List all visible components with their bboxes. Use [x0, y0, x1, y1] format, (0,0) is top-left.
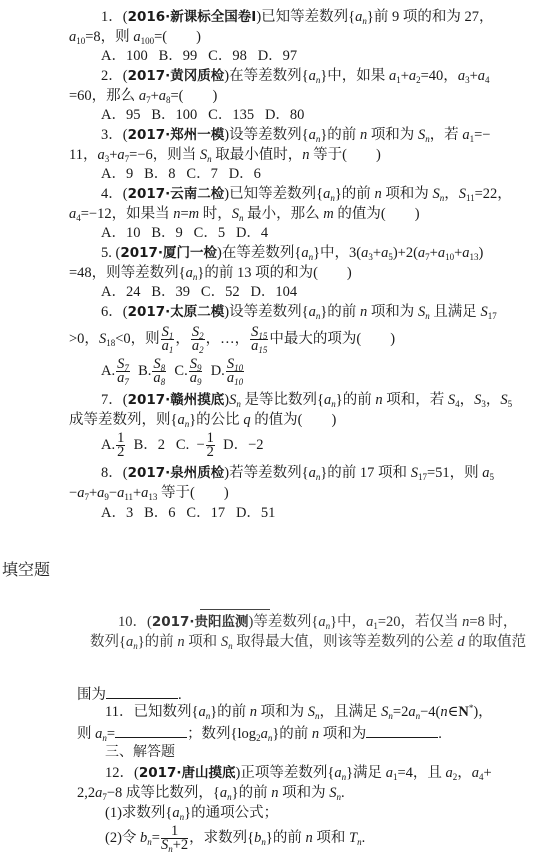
question-6-line-2: >0，S18<0，则S1a1，S2a2，…，S15a15中最大的项为( )	[69, 324, 395, 354]
question-3-options: A．9 B．8 C．7 D．6	[101, 165, 261, 183]
fraction: S2a2	[191, 326, 205, 353]
question-8-line-2: −a7+a9−a11+a13 等于( )	[69, 484, 229, 502]
question-3-line-2: 11，a3+a7=−6，则当 Sn 取最小值时，n 等于( )	[69, 146, 381, 164]
question-8-options: A．3 B．6 C．17 D．51	[101, 504, 275, 522]
question-11-line-1: 11．已知数列{an}的前 n 项和为 Sn，且满足 Sn=2an−4(n∈N*…	[105, 703, 493, 721]
question-4-options: A．10 B．9 C．5 D．4	[101, 224, 268, 242]
question-2-line-1: 2．(2017·黄冈质检)在等差数列{an}中，如果 a1+a2=40，a3+a…	[101, 67, 490, 85]
fraction: S1a1	[161, 326, 175, 353]
question-11-line-2: 则 an=；数列{log2an}的前 n 项和为.	[77, 723, 442, 743]
decorative-rule	[200, 609, 270, 610]
answer-blank[interactable]	[106, 684, 178, 699]
fraction: S15a15	[250, 326, 268, 353]
question-4-line-1: 4．(2017·云南二检)已知等差数列{an}的前 n 项和为 Sn，S11=2…	[101, 185, 512, 203]
question-6-options: A.S7a7 B.S8a8 C.S9a9 D.S10a10	[101, 356, 245, 386]
question-10-line-1: 10．(2017·贵阳监测)等差数列{an}中，a1=20，若仅当 n=8 时，	[118, 613, 517, 631]
question-5-options: A．24 B．39 C．52 D．104	[101, 283, 297, 301]
question-12-line-2: 2,2a7−8 成等比数列，{an}的前 n 项和为 Sn.	[77, 784, 345, 802]
question-8-line-1: 8．(2017·泉州质检)若等差数列{an}的前 17 项和 S17=51，则 …	[101, 464, 494, 482]
question-3-line-1: 3．(2017·郑州一模)设等差数列{an}的前 n 项和为 Sn，若 a1=−	[101, 126, 490, 144]
question-5-line-2: =48，则等差数列{an}的前 13 项的和为( )	[69, 264, 352, 282]
question-10-line-3: 围为.	[77, 684, 182, 704]
question-7-line-1: 7．(2017·赣州摸底)Sn 是等比数列{an}的前 n 项和，若 S4，S3…	[101, 391, 512, 409]
question-12-line-1: 12．(2017·唐山摸底)正项等差数列{an}满足 a1=4，且 a2，a4+	[105, 764, 492, 782]
question-1-line-1: 1．(2016·新课标全国卷Ⅰ)已知等差数列{an}前 9 项的和为 27，	[101, 8, 493, 26]
section-heading-fill-in: 填空题	[2, 557, 50, 580]
question-7-line-2: 成等差数列，则{an}的公比 q 的值为( )	[69, 411, 336, 429]
question-10-line-2: 数列{an}的前 n 项和 Sn 取得最大值，则该等差数列的公差 d 的取值范	[90, 633, 526, 651]
section-heading-answers: 三、解答题	[105, 743, 175, 761]
question-12-part-1: (1)求数列{an}的通项公式；	[105, 804, 278, 822]
question-5-line-1: 5. (2017·厦门一检)在等差数列{an}中，3(a3+a5)+2(a7+a…	[101, 244, 483, 262]
question-1-options: A．100 B．99 C．98 D．97	[101, 47, 297, 65]
question-7-options: A.12 B．2 C. −12 D．−2	[101, 430, 264, 460]
question-4-line-2: a4=−12，如果当 n=m 时，Sn 最小，那么 m 的值为( )	[69, 205, 420, 223]
question-2-options: A．95 B．100 C．135 D．80	[101, 106, 304, 124]
question-6-line-1: 6．(2017·太原二模)设等差数列{an}的前 n 项和为 Sn 且满足 S1…	[101, 303, 497, 321]
question-2-line-2: =60，那么 a7+a8=( )	[69, 87, 217, 105]
question-1-line-2: a10=8，则 a100=( )	[69, 28, 201, 46]
answer-blank[interactable]	[366, 723, 438, 738]
answer-blank[interactable]	[115, 723, 187, 738]
question-12-part-2: (2)令 bn=1Sn+2，求数列{bn}的前 n 项和 Tn.	[105, 823, 365, 853]
